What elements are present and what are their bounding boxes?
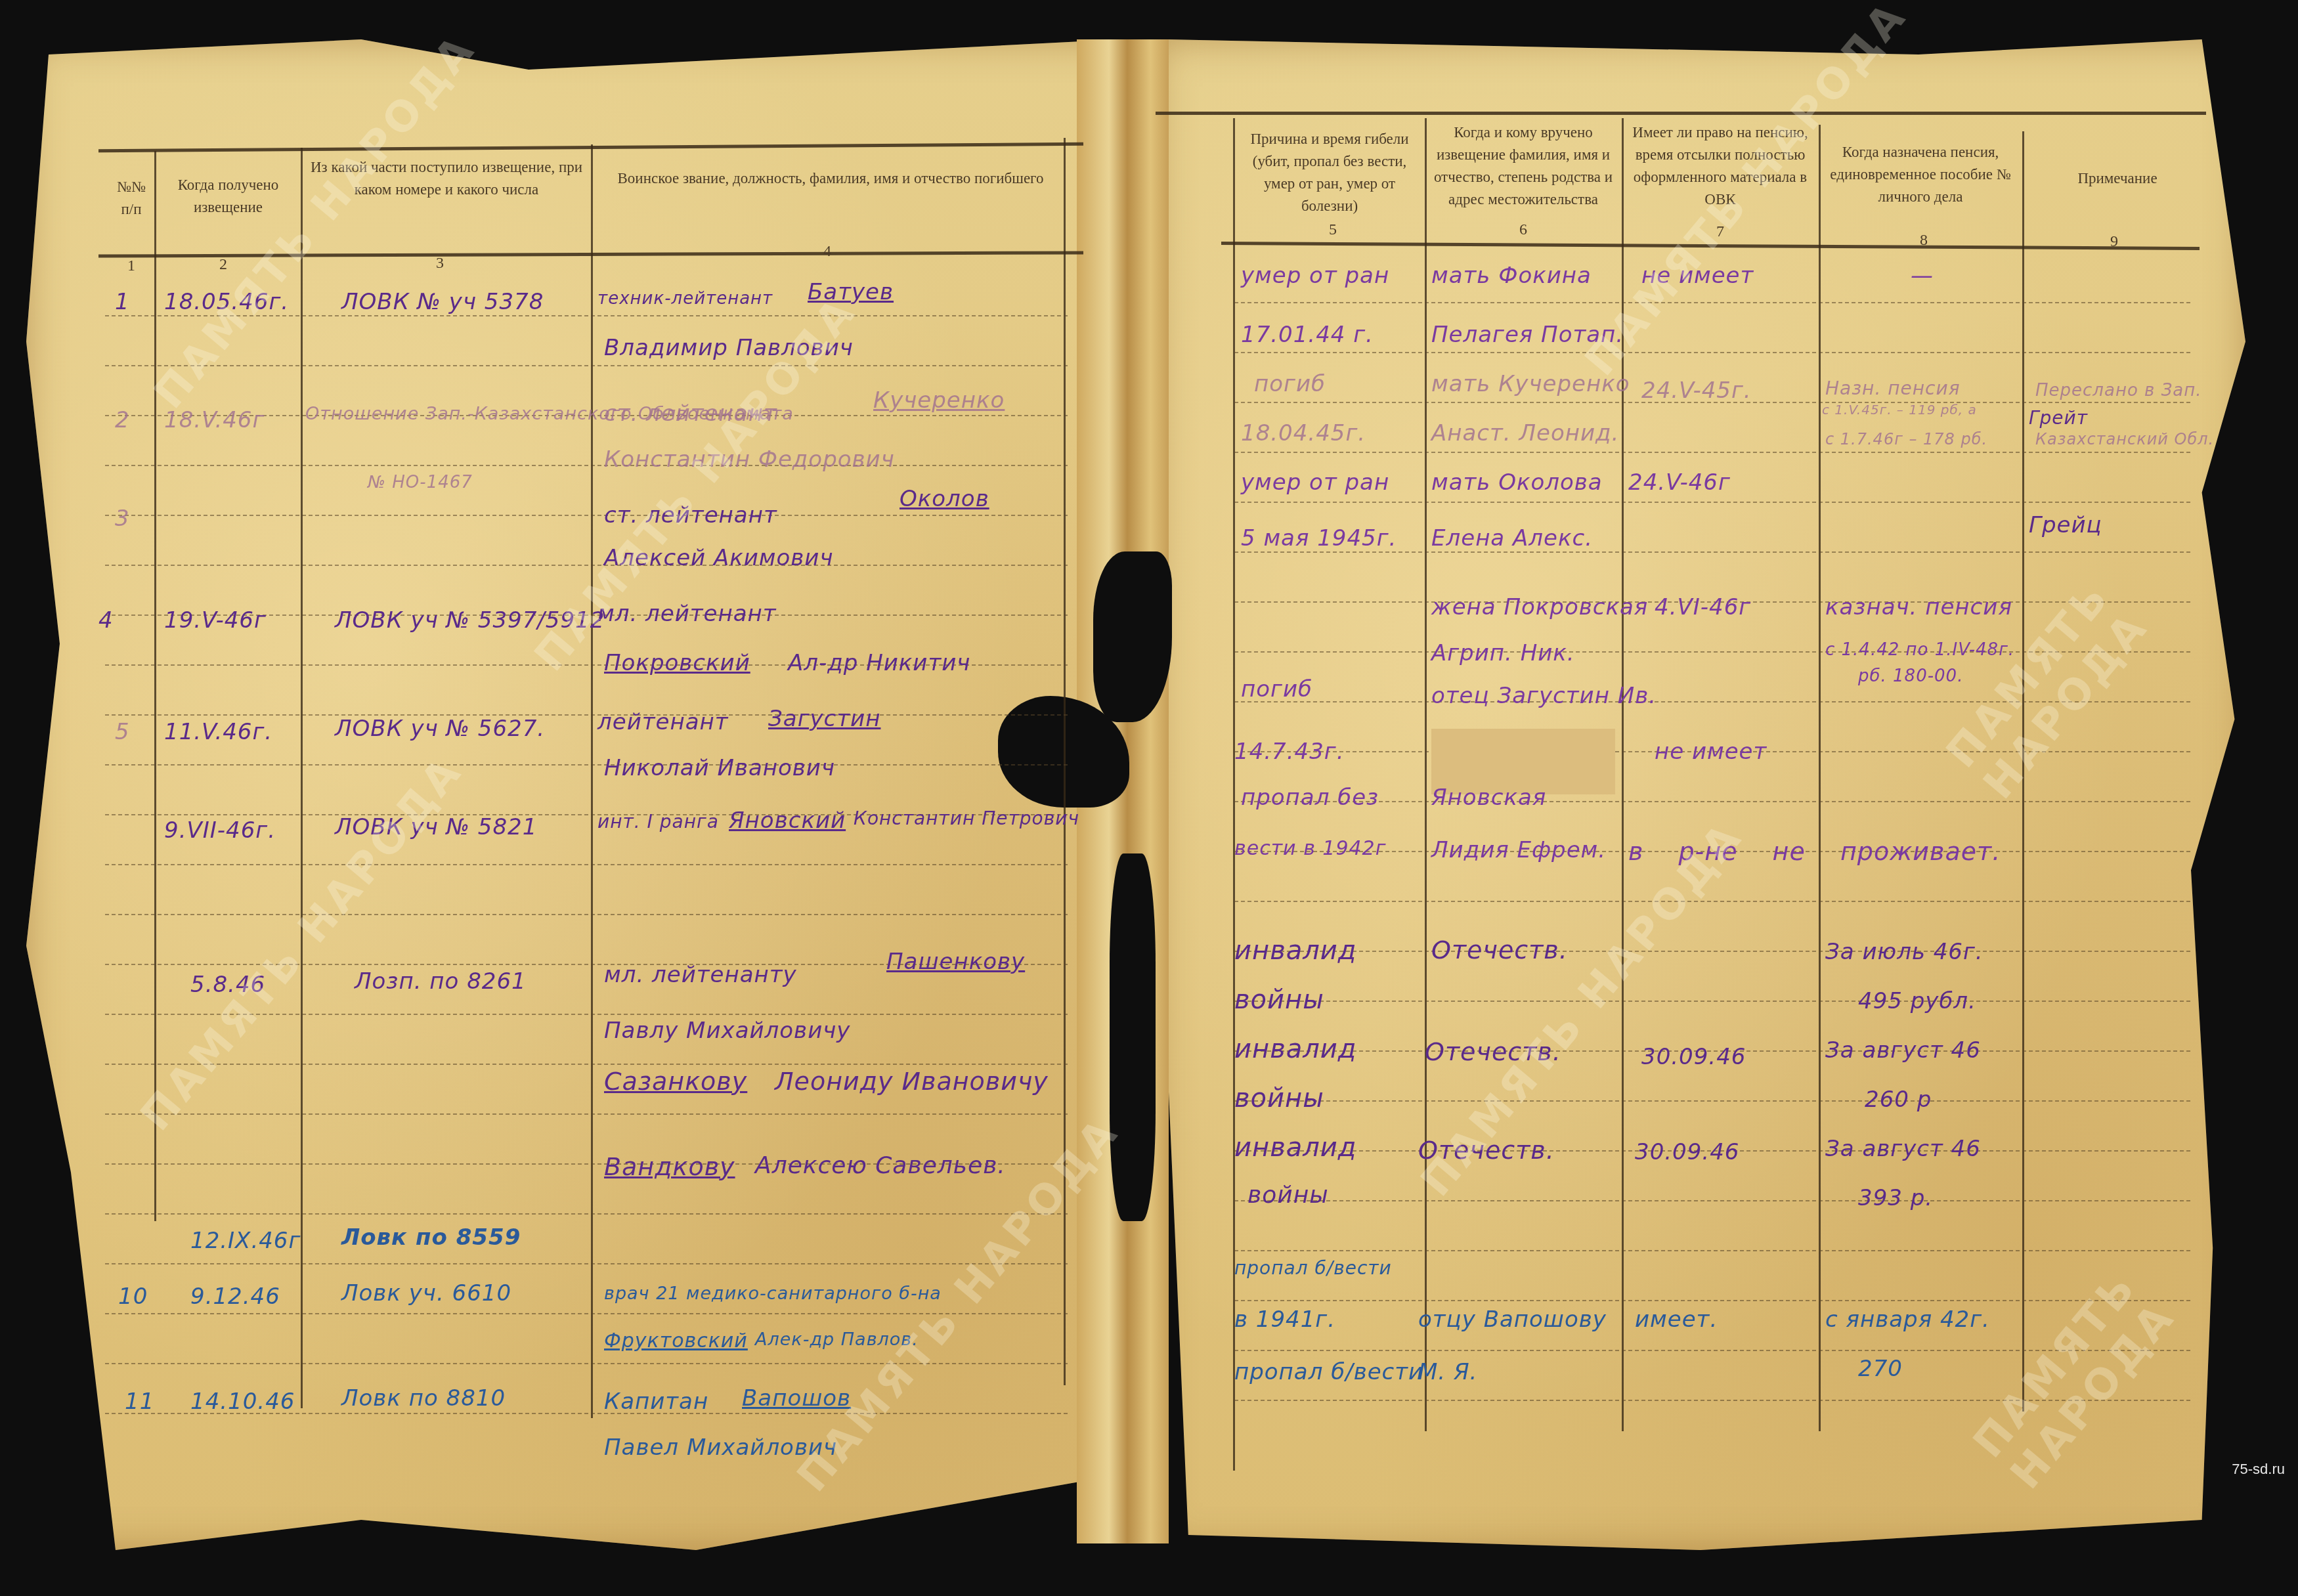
entry-number: 2 bbox=[115, 407, 130, 433]
col-number: 3 bbox=[427, 255, 453, 272]
col-number: 5 bbox=[1320, 221, 1346, 239]
entry-recipient: отец Загустин Ив. bbox=[1431, 683, 1657, 709]
entry-surname: Кучеренко bbox=[873, 387, 1005, 414]
entry-cause-date: войны bbox=[1234, 1083, 1324, 1113]
entry-surname: Загустин bbox=[768, 706, 880, 732]
entry-recipient-2: Анаст. Леонид. bbox=[1431, 420, 1619, 446]
entry-source: Лозп. по 8261 bbox=[355, 968, 527, 995]
entry-pension-2: 260 р bbox=[1865, 1087, 1932, 1113]
entry-pension-2: 393 р. bbox=[1858, 1185, 1933, 1211]
entry-pension-right: имеет. bbox=[1635, 1306, 1718, 1333]
entry-rank: инт. I ранга bbox=[597, 811, 719, 832]
entry-number: 10 bbox=[118, 1283, 148, 1310]
entry-received: 11.V.46г. bbox=[164, 719, 272, 745]
entry-cause-date: 14.7.43г. bbox=[1234, 739, 1344, 765]
entry-name: Алексею Савельев. bbox=[755, 1152, 1006, 1179]
entry-recipient: мать Кучеренко bbox=[1431, 371, 1630, 397]
entry-received: 14.10.46 bbox=[190, 1389, 295, 1415]
entry-name: Константин Петрович bbox=[854, 808, 1079, 829]
entry-cause: инвалид bbox=[1234, 1034, 1356, 1064]
entry-surname: Сазанкову bbox=[604, 1067, 747, 1096]
entry-pension: казнач. пенсия bbox=[1825, 594, 2012, 620]
entry-cause: умер от ран bbox=[1241, 469, 1389, 496]
entry-surname: Яновский bbox=[729, 808, 846, 834]
entry-pension-3: рб. 180-00. bbox=[1858, 666, 1963, 686]
entry-recipient: жена Покровская bbox=[1431, 594, 1648, 620]
entry-received: 19.V-46г bbox=[164, 607, 267, 634]
col-number: 4 bbox=[814, 243, 840, 261]
entry-source: Ловк по 8559 bbox=[341, 1224, 521, 1251]
entry-cause-date: 17.01.44 г. bbox=[1241, 322, 1374, 348]
entry-pension: — bbox=[1911, 263, 1934, 289]
entry-cause: инвалид bbox=[1234, 936, 1356, 966]
entry-cause: пропал без bbox=[1241, 785, 1379, 811]
entry-recipient-2: Елена Алекс. bbox=[1431, 525, 1593, 551]
entry-cause-date: войны bbox=[1234, 985, 1324, 1015]
entry-rank: лейтенант bbox=[597, 709, 729, 735]
entry-received: 12.IX.46г bbox=[190, 1228, 301, 1254]
entry-pension: с января 42г. bbox=[1825, 1306, 1990, 1333]
entry-recipient: Яновская bbox=[1431, 785, 1546, 811]
entry-recipient-2: Агрип. Ник. bbox=[1431, 640, 1575, 666]
entry-pension-right: 30.09.46 bbox=[1635, 1139, 1739, 1165]
col-number: 1 bbox=[118, 257, 144, 275]
entry-pension-2: с 1.V.45г. – 119 рб, а bbox=[1822, 402, 1977, 418]
entry-recipient: мать Околова bbox=[1431, 469, 1603, 496]
col-number: 9 bbox=[2101, 233, 2127, 251]
entry-source: Ловк по 8810 bbox=[341, 1385, 506, 1412]
entry-recipient-2: Лидия Ефрем. bbox=[1431, 837, 1606, 863]
entry-note-mark: Грейц bbox=[2029, 512, 2102, 538]
header-col-4: Воинское звание, должность, фамилия, имя… bbox=[604, 167, 1057, 190]
entry-number: 4 bbox=[98, 607, 114, 634]
entry-rank: врач 21 медико-санитарного б-на bbox=[604, 1283, 942, 1304]
entry-pension: За июль 46г. bbox=[1825, 939, 1984, 965]
entry-cause-date: 5 мая 1945г. bbox=[1241, 525, 1397, 551]
source-credit: 75-sd.ru bbox=[2232, 1461, 2285, 1478]
header-col-2: Когда получено извещение bbox=[158, 174, 299, 219]
entry-number: 11 bbox=[125, 1389, 154, 1415]
entry-recipient: мать Фокина bbox=[1431, 263, 1592, 289]
entry-cause: инвалид bbox=[1234, 1132, 1356, 1163]
entry-pension-2: с 1.4.42 по 1.IV-48г. bbox=[1825, 640, 2014, 660]
entry-pension: За август 46 bbox=[1825, 1037, 1981, 1064]
entry-cause-date: 18.04.45г. bbox=[1241, 420, 1366, 446]
entry-cause: умер от ран bbox=[1241, 263, 1389, 289]
entry-pension: Назн. пенсия bbox=[1825, 377, 1960, 399]
entry-note-mark: Грейт bbox=[2029, 407, 2088, 429]
entry-cause-date: войны bbox=[1247, 1182, 1329, 1209]
entry-surname: Пашенкову bbox=[886, 949, 1025, 975]
entry-surname: Вандкову bbox=[604, 1152, 735, 1181]
entry-note: Переслано в Зап. bbox=[2035, 381, 2202, 400]
entry-number: 5 bbox=[115, 719, 130, 745]
entry-pension-right: 4.VI-46г bbox=[1655, 594, 1751, 620]
entry-note-2: Казахстанский Обл. bbox=[2035, 430, 2214, 448]
entry-surname: Околов bbox=[900, 486, 989, 512]
entry-number: 3 bbox=[115, 506, 130, 532]
entry-cause: пропал б/вести bbox=[1234, 1359, 1423, 1385]
entry-name: Николай Иванович bbox=[604, 755, 835, 781]
entry-surname: Вапошов bbox=[742, 1385, 851, 1412]
entry-surname: Покровский bbox=[604, 650, 750, 676]
entry-recipient: отцу Вапошову bbox=[1418, 1306, 1607, 1333]
entry-source: ЛОВК уч № 5627. bbox=[335, 716, 545, 742]
entry-source-2: № НО-1467 bbox=[368, 473, 473, 492]
entry-pension-3: с 1.7.46г – 178 рб. bbox=[1825, 430, 1987, 448]
entry-pension-right: 24.V-46г bbox=[1628, 469, 1731, 496]
col-number: 8 bbox=[1911, 232, 1937, 249]
entry-rank: мл. лейтенанту bbox=[604, 962, 797, 988]
entry-rank: техник-лейтенант bbox=[597, 289, 773, 309]
ledger: №№ п/п Когда получено извещение Из какой… bbox=[0, 0, 2298, 1596]
entry-number: 1 bbox=[115, 289, 130, 315]
entry-source: ЛОВК № уч 5378 bbox=[341, 289, 544, 315]
entry-pension-2: 495 рубл. bbox=[1858, 988, 1976, 1014]
entry-pension-2: 270 bbox=[1858, 1356, 1903, 1382]
entry-surname: Фруктовский bbox=[604, 1329, 748, 1352]
entry-pension: За август 46 bbox=[1825, 1136, 1981, 1162]
entry-cause: погиб bbox=[1254, 371, 1326, 397]
entry-pension-right: 24.V-45г. bbox=[1641, 377, 1752, 404]
entry-recipient: Отечеств. bbox=[1431, 936, 1568, 964]
entry-cause: пропал б/вести bbox=[1234, 1257, 1392, 1279]
entry-recipient: М. Я. bbox=[1418, 1359, 1477, 1385]
entry-pension-right: не имеет bbox=[1655, 739, 1767, 765]
col-number: 2 bbox=[210, 256, 236, 274]
entry-name: Леониду Ивановичу bbox=[775, 1067, 1049, 1096]
entry-source: Ловк уч. 6610 bbox=[341, 1280, 511, 1306]
entry-name: Ал-др Никитич bbox=[788, 650, 970, 676]
header-col-8: Когда назначена пенсия, единовременное п… bbox=[1822, 141, 2019, 208]
entry-cause: в 1941г. bbox=[1234, 1306, 1335, 1333]
header-col-9: Примечание bbox=[2029, 167, 2206, 190]
header-col-6: Когда и кому вручено извещение фамилия, … bbox=[1428, 121, 1618, 211]
col-number: 6 bbox=[1510, 221, 1536, 239]
header-col-1: №№ п/п bbox=[112, 176, 151, 221]
header-col-5: Причина и время гибели (убит, пропал без… bbox=[1238, 128, 1421, 217]
entry-pension-right: 30.09.46 bbox=[1641, 1044, 1746, 1070]
entry-received: 9.VII-46г. bbox=[164, 817, 276, 844]
entry-rank: Капитан bbox=[604, 1389, 708, 1415]
entry-name: Павлу Михайловичу bbox=[604, 1018, 850, 1044]
entry-received: 9.12.46 bbox=[190, 1283, 280, 1310]
entry-cause-date: вести в 1942г bbox=[1234, 837, 1386, 860]
entry-cause: погиб bbox=[1241, 676, 1312, 702]
